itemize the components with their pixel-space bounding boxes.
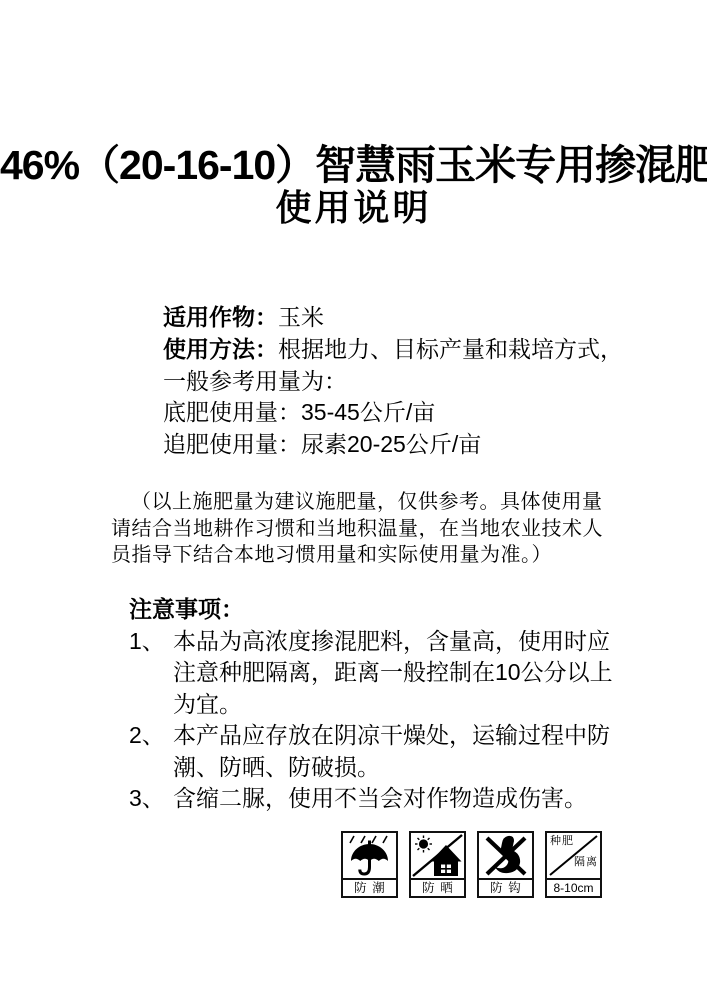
icon-label: 防钩 — [479, 878, 532, 896]
moisture-proof-icon: 防潮 — [341, 831, 398, 898]
no-hooks-icon: 防钩 — [477, 831, 534, 898]
base-fertilizer-line: 底肥使用量：35-45公斤/亩 — [163, 397, 623, 429]
notice-item-text: 本品为高浓度掺混肥料，含量高，使用时应注意种肥隔离，距离一般控制在10公分以上为… — [173, 626, 615, 721]
icon-label: 防晒 — [411, 878, 464, 896]
sun-house-pictogram — [411, 833, 464, 878]
notice-item-text: 本产品应存放在阴凉干燥处，运输过程中防潮、防晒、防破损。 — [173, 720, 615, 783]
method-label: 使用方法： — [163, 336, 278, 362]
method-line: 使用方法：根据地力、目标产量和栽培方式， — [163, 334, 623, 366]
crop-value: 玉米 — [278, 304, 324, 330]
method-value: 根据地力、目标产量和栽培方式， — [278, 336, 623, 362]
notice-section: 注意事项： 1、 本品为高浓度掺混肥料，含量高，使用时应注意种肥隔离，距离一般控… — [129, 594, 615, 815]
notice-item-3: 3、 含缩二脲，使用不当会对作物造成伤害。 — [129, 783, 615, 815]
notice-item-number: 2、 — [129, 720, 173, 783]
separation-pictogram: 种肥 隔离 — [547, 833, 600, 878]
crop-line: 适用作物：玉米 — [163, 302, 623, 334]
crop-label: 适用作物： — [163, 304, 278, 330]
usage-section: 适用作物：玉米 使用方法：根据地力、目标产量和栽培方式， 一般参考用量为： 底肥… — [163, 302, 623, 461]
sun-proof-icon: 防晒 — [409, 831, 466, 898]
notice-item-1: 1、 本品为高浓度掺混肥料，含量高，使用时应注意种肥隔离，距离一般控制在10公分… — [129, 626, 615, 721]
method-continuation: 一般参考用量为： — [163, 366, 623, 398]
umbrella-rain-pictogram — [343, 833, 396, 878]
notice-heading: 注意事项： — [129, 594, 615, 626]
notice-item-text: 含缩二脲，使用不当会对作物造成伤害。 — [173, 783, 615, 815]
safety-icons-row: 防潮 — [341, 831, 602, 898]
notice-item-number: 3、 — [129, 783, 173, 815]
page-subtitle: 使用说明 — [0, 180, 707, 231]
separation-bottom-text: 隔离 — [574, 856, 598, 868]
icon-label: 防潮 — [343, 878, 396, 896]
advisory-note: （以上施肥量为建议施肥量，仅供参考。具体使用量请结合当地耕作习惯和当地积温量，在… — [111, 489, 608, 569]
topdressing-line: 追肥使用量：尿素20-25公斤/亩 — [163, 429, 623, 461]
document-page: 46%（20-16-10）智慧雨玉米专用掺混肥料 使用说明 适用作物：玉米 使用… — [0, 0, 707, 1000]
crossed-hook-pictogram — [479, 833, 532, 878]
icon-label: 8-10cm — [547, 878, 600, 896]
seed-fertilizer-separation-icon: 种肥 隔离 8-10cm — [545, 831, 602, 898]
notice-item-number: 1、 — [129, 626, 173, 721]
notice-item-2: 2、 本产品应存放在阴凉干燥处，运输过程中防潮、防晒、防破损。 — [129, 720, 615, 783]
separation-top-text: 种肥 — [550, 835, 574, 847]
